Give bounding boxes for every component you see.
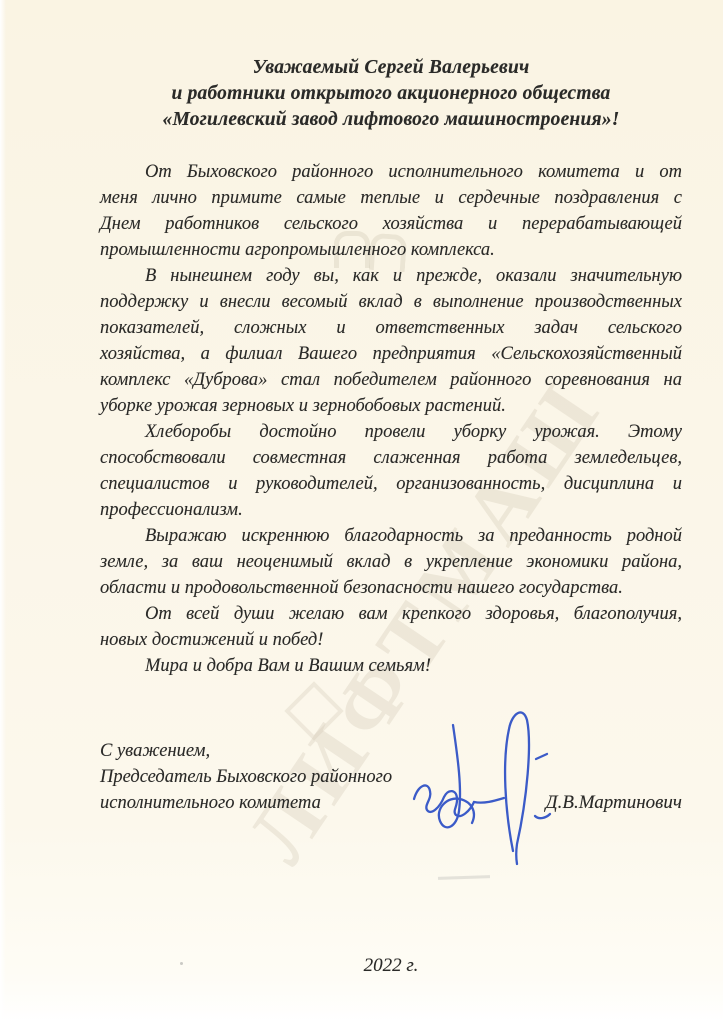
body-line: области и продовольственной безопасности… [100, 575, 682, 601]
signature-loop [505, 712, 529, 864]
handwritten-signature [403, 697, 573, 869]
paragraph: Хлеборобы достойно провели уборку урожая… [100, 419, 682, 523]
body-line: Мира и добра Вам и Вашим семьям! [100, 653, 682, 679]
body-line: Днем работников сельского хозяйства и пе… [100, 211, 682, 237]
body-line: поддержку и внесли весомый вклад в выпол… [100, 289, 682, 315]
scan-edge-bottom [0, 1010, 723, 1024]
body-line: От всей души желаю вам крепкого здоровья… [100, 601, 682, 627]
paragraph: Мира и добра Вам и Вашим семьям! [100, 653, 682, 679]
body-line: показателей, сложных и ответственных зад… [100, 315, 682, 341]
closing-line: С уважением, [100, 738, 682, 764]
closing-line: Председатель Быховского районного [100, 764, 682, 790]
paragraph: Выражаю искреннюю благодарность за преда… [100, 523, 682, 601]
body-line: уборке урожая зерновых и зернобобовых ра… [100, 393, 682, 419]
body-line: Хлеборобы достойно провели уборку урожая… [100, 419, 682, 445]
body-line: земле, за ваш неоценимый вклад в укрепле… [100, 549, 682, 575]
scanned-letter-page: ЛИФТМАШ Уважаемый Сергей Валерьевичи раб… [0, 0, 723, 1024]
paragraph: В нынешнем году вы, как и прежде, оказал… [100, 263, 682, 419]
signature-connector [474, 798, 504, 803]
body-line: промышленности агропромышленного комплек… [100, 237, 682, 263]
paragraph: От Быховского районного исполнительного … [100, 159, 682, 263]
body-line: Выражаю искреннюю благодарность за преда… [100, 523, 682, 549]
body-line: специалистов и руководителей, организова… [100, 471, 682, 497]
letter-body: От Быховского районного исполнительного … [100, 159, 682, 679]
body-line: комплекс «Дуброва» стал победителем райо… [100, 367, 682, 393]
scan-edge-left [0, 0, 6, 1024]
heading-line: и работники открытого акционерного общес… [100, 81, 682, 107]
body-line: В нынешнем году вы, как и прежде, оказал… [100, 263, 682, 289]
paragraph: От всей души желаю вам крепкого здоровья… [100, 601, 682, 653]
body-line: новых достижений и побед! [100, 627, 682, 653]
body-line: меня лично примите самые теплые и сердеч… [100, 185, 682, 211]
heading-line: Уважаемый Сергей Валерьевич [100, 55, 682, 81]
letter-date: 2022 г. [100, 955, 682, 977]
body-line: От Быховского районного исполнительного … [100, 159, 682, 185]
scan-smudge [438, 875, 490, 880]
body-line: способствовали совместная слаженная рабо… [100, 445, 682, 471]
letter-heading: Уважаемый Сергей Валерьевичи работники о… [100, 55, 682, 133]
body-line: профессионализм. [100, 497, 682, 523]
signature-dash [535, 814, 550, 818]
heading-line: «Могилевский завод лифтового машинострое… [100, 107, 682, 133]
signature-tick [536, 754, 547, 759]
letter-closing: С уважением,Председатель Быховского райо… [100, 738, 682, 816]
body-line: хозяйства, а филиал Вашего предприятия «… [100, 341, 682, 367]
